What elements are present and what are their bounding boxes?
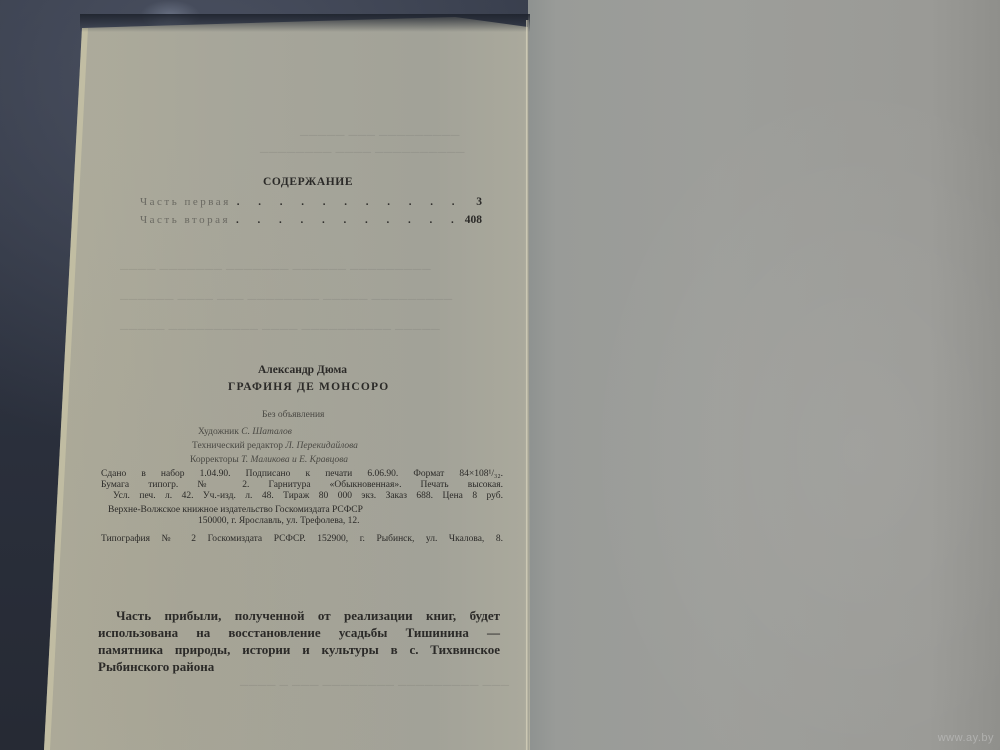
toc-entry-label: Часть вторая xyxy=(140,214,230,226)
credit-role: Корректоры xyxy=(190,455,239,465)
toc-entry: Часть вторая . . . . . . . . . . . . . .… xyxy=(140,214,482,230)
bleed-through-text: ───── ────────── ──── ────────── ───── xyxy=(120,322,440,337)
page-top-shadow xyxy=(80,14,530,32)
right-page-shading xyxy=(528,0,1000,750)
toc-entry: Часть первая . . . . . . . . . . . . . .… xyxy=(140,196,482,212)
bleed-through-text: ────── ──── ─── ──────── ───── ───────── xyxy=(120,292,453,307)
profit-note: Часть прибыли, полученной от реализации … xyxy=(98,607,500,675)
credit-names: С. Шаталов xyxy=(241,427,292,437)
bleed-through-text: ───── ─── ───────── xyxy=(300,128,460,143)
publisher-block: Верхне-Волжское книжное издательство Гос… xyxy=(0,505,540,527)
credit-names: Л. Перекидайлова xyxy=(285,441,358,451)
note-line: Рыбинского района xyxy=(98,658,500,675)
credit-role: Технический редактор xyxy=(192,441,283,451)
imprint-line: Сдано в набор 1.04.90. Подписано к печат… xyxy=(101,469,503,480)
printer-line: Типография № 2 Госкомиздата РСФСР. 15290… xyxy=(101,534,503,544)
credit-role: Художник xyxy=(198,427,239,437)
note-line: Часть прибыли, полученной от реализации … xyxy=(98,607,500,624)
imprint-block: Сдано в набор 1.04.90. Подписано к печат… xyxy=(101,469,503,502)
toc-entry-label: Часть первая xyxy=(140,196,231,208)
book-title: ГРАФИНЯ ДЕ МОНСОРО xyxy=(228,381,389,393)
toc-leader-dots: . . . . . . . . . . . . . . . . . . . . … xyxy=(237,196,471,208)
credit-names: Т. Маликова и Е. Кравцова xyxy=(241,455,348,465)
bleed-through-text: ──────── ──── ────────── xyxy=(260,145,465,160)
publisher-address: 150000, г. Ярославль, ул. Трефолева, 12. xyxy=(0,516,540,527)
imprint-line: Бумага типогр. № 2. Гарнитура «Обыкновен… xyxy=(101,480,503,491)
contents-heading: СОДЕРЖАНИЕ xyxy=(263,176,353,188)
bleed-through-text: ──── ─────── ─────── ────── ───────── xyxy=(120,262,431,277)
toc-leader-dots: . . . . . . . . . . . . . . . . . . . . … xyxy=(236,214,459,226)
credit-line: Технический редактор Л. Перекидайлова xyxy=(192,441,358,451)
toc-entry-page: 408 xyxy=(465,214,482,226)
bleed-through-text: ──── ─ ─── ──────── ───────── ─── xyxy=(240,678,510,693)
note-line: памятника природы, истории и культуры в … xyxy=(98,641,500,658)
credit-line: Художник С. Шаталов xyxy=(198,427,292,437)
imprint-line: Усл. печ. л. 42. Уч.-изд. л. 48. Тираж 8… xyxy=(101,491,503,502)
site-watermark: www.ay.by xyxy=(938,732,994,744)
book-author: Александр Дюма xyxy=(258,364,347,376)
note-line: использована на восстановление усадьбы Т… xyxy=(98,624,500,641)
credit-line: Корректоры Т. Маликова и Е. Кравцова xyxy=(190,455,348,465)
book-gutter xyxy=(526,20,529,750)
no-announcement-note: Без объявления xyxy=(262,410,324,420)
publisher-name: Верхне-Волжское книжное издательство Гос… xyxy=(0,505,540,516)
toc-entry-page: 3 xyxy=(476,196,482,208)
